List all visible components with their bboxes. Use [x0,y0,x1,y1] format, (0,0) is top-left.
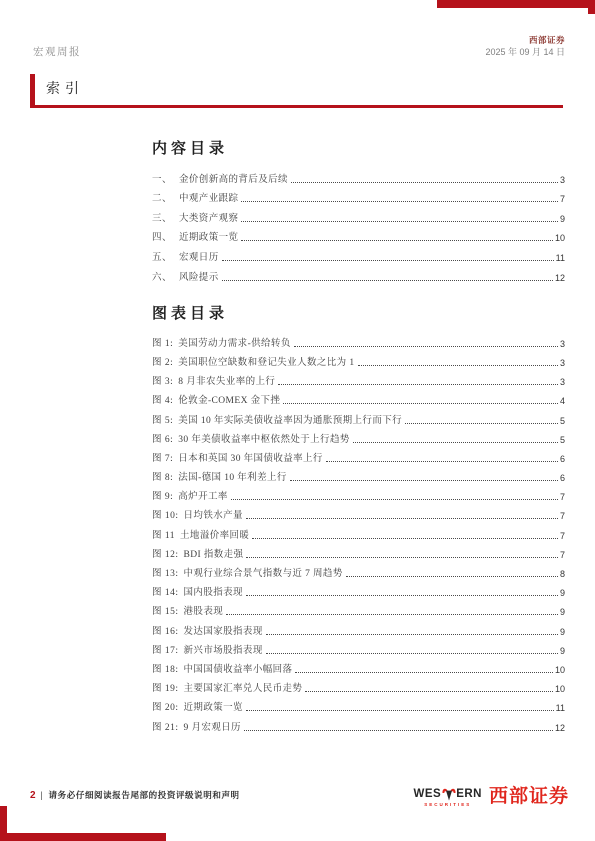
figure-entry-number: 图 18: [152,661,179,677]
toc-entry-number: 二、 [152,190,179,206]
western-securities-logo: WES ERN SECURITIES 西部证券 [414,787,570,807]
dotted-leader [252,538,558,539]
figure-entry-title: 发达国家股指表现 [184,623,263,639]
toc-entry-page: 7 [560,194,565,206]
dotted-leader [295,672,553,673]
figure-entry-number: 图 8: [152,469,173,485]
figure-entry-title: 伦敦金-COMEX 金下挫 [178,392,280,408]
figures-toc-entry: 图 11 土地溢价率回暖 7 [152,523,565,542]
toc-entry-page: 9 [560,214,565,226]
figure-entry-page: 3 [560,358,565,370]
figure-entry-number: 图 7: [152,450,173,466]
toc-entry-title: 宏观日历 [179,249,219,265]
figure-entry-page: 6 [560,473,565,485]
figure-entry-page: 10 [555,684,565,696]
dotted-leader [241,201,558,202]
dotted-leader [278,384,558,385]
figure-entry-page: 6 [560,454,565,466]
figure-entry-number: 图 21: [152,719,179,735]
figure-entry-page: 3 [560,339,565,351]
report-page: 宏观周报 西部证券 2025 年 09 月 14 日 索引 内容目录 一、 金价… [0,0,595,841]
dotted-leader [246,595,558,596]
dotted-leader [222,280,553,281]
figure-entry-title: 港股表现 [184,603,224,619]
brand-name: 西部证券 [485,35,565,46]
dotted-leader [291,182,558,183]
figures-toc-entry: 图 19: 主要国家汇率兑人民币走势 10 [152,677,565,696]
dotted-leader [346,576,558,577]
dotted-leader [241,240,553,241]
figure-entry-number: 图 16: [152,623,179,639]
contents-toc-entry: 六、 风险提示 12 [152,265,565,285]
dotted-leader [405,423,558,424]
contents-toc-entry: 二、 中观产业跟踪 7 [152,187,565,207]
index-section-title: 索引 [30,74,563,108]
report-type-label: 宏观周报 [33,44,81,59]
figure-entry-number: 图 13: [152,565,179,581]
toc-entry-number: 四、 [152,229,179,245]
toc-entry-title: 近期政策一览 [179,229,238,245]
report-date: 2025 年 09 月 14 日 [485,47,565,58]
figures-toc-entry: 图 2: 美国职位空缺数和登记失业人数之比为 1 3 [152,351,565,370]
logo-wordmark: WES ERN SECURITIES [414,787,482,807]
figure-entry-number: 图 5: [152,412,173,428]
toc-entry-number: 六、 [152,269,179,285]
top-right-red-bar-tick [588,8,595,14]
figure-entry-title: 8 月非农失业率的上行 [178,373,275,389]
contents-toc-entry: 四、 近期政策一览 10 [152,226,565,246]
figure-entry-page: 7 [560,550,565,562]
dotted-leader [283,403,558,404]
figure-entry-title: 高炉开工率 [178,488,228,504]
figure-entry-page: 9 [560,646,565,658]
toc-entry-page: 3 [560,175,565,187]
dotted-leader [246,710,554,711]
figure-entry-page: 10 [555,665,565,677]
toc-entry-page: 10 [555,233,565,245]
toc-column: 内容目录 一、 金价创新高的背后及后续 3 二、 中观产业跟踪 7 [152,137,565,735]
figure-entry-number: 图 3: [152,373,173,389]
footer-disclaimer-text: 请务必仔细阅读报告尾部的投资评级说明和声明 [49,789,240,801]
contents-toc-entry: 三、 大类资产观察 9 [152,206,565,226]
figures-toc-entry: 图 3: 8 月非农失业率的上行 3 [152,370,565,389]
figures-toc-entry: 图 13: 中观行业综合景气指数与近 7 周趋势 8 [152,562,565,581]
contents-toc-entry: 一、 金价创新高的背后及后续 3 [152,167,565,187]
figures-toc-entry: 图 16: 发达国家股指表现 9 [152,619,565,638]
bottom-left-red-bar-horizontal [0,833,166,841]
toc-entry-title: 中观产业跟踪 [179,190,238,206]
contents-toc-list: 一、 金价创新高的背后及后续 3 二、 中观产业跟踪 7 三、 大类资产观察 [152,167,565,285]
figure-entry-page: 7 [560,531,565,543]
figures-toc-entry: 图 18: 中国国债收益率小幅回落 10 [152,658,565,677]
figure-entry-number: 图 10: [152,507,179,523]
figure-entry-page: 3 [560,377,565,389]
logo-western-text: WES ERN [414,787,482,800]
toc-entry-number: 五、 [152,249,179,265]
figures-toc-entry: 图 15: 港股表现 9 [152,600,565,619]
figure-entry-number: 图 17: [152,642,179,658]
footer-disclaimer-line: 2 | 请务必仔细阅读报告尾部的投资评级说明和声明 [30,789,240,801]
toc-entry-number: 一、 [152,171,179,187]
dotted-leader [294,346,558,347]
figure-entry-page: 12 [555,723,565,735]
dotted-leader [244,730,553,731]
figures-toc-list: 图 1: 美国劳动力需求-供给转负 3 图 2: 美国职位空缺数和登记失业人数之… [152,332,565,735]
toc-entry-page: 12 [555,273,565,285]
figure-entry-title: 30 年美债收益率中枢依然处于上行趋势 [178,431,349,447]
dotted-leader [266,634,558,635]
figure-entry-title: 美国劳动力需求-供给转负 [178,335,290,351]
figure-entry-number: 图 1: [152,335,173,351]
figure-entry-page: 5 [560,416,565,428]
figures-toc-entry: 图 7: 日本和英国 30 年国债收益率上行 6 [152,447,565,466]
figure-entry-page: 7 [560,492,565,504]
figures-toc-entry: 图 8: 法国-德国 10 年利差上行 6 [152,466,565,485]
figure-entry-page: 4 [560,396,565,408]
figure-entry-number: 图 11 [152,527,175,543]
footer-divider: | [41,790,43,800]
figure-entry-number: 图 6: [152,431,173,447]
logo-text-suffix: ERN [456,789,482,801]
figure-entry-page: 7 [560,511,565,523]
dotted-leader [246,557,558,558]
figure-entry-number: 图 14: [152,584,179,600]
dotted-leader [241,221,558,222]
logo-chinese-name: 西部证券 [489,787,569,806]
figure-entry-number: 图 4: [152,392,173,408]
page-number: 2 [30,790,36,801]
top-right-red-bar [437,0,595,8]
figures-toc-entry: 图 4: 伦敦金-COMEX 金下挫 4 [152,389,565,408]
figure-entry-title: 美国职位空缺数和登记失业人数之比为 1 [178,354,354,370]
dotted-leader [326,461,558,462]
figures-toc-heading: 图表目录 [152,302,565,323]
figures-toc-entry: 图 10: 日均铁水产量 7 [152,504,565,523]
figure-entry-number: 图 9: [152,488,173,504]
header-right-block: 西部证券 2025 年 09 月 14 日 [485,35,565,58]
figures-toc-entry: 图 1: 美国劳动力需求-供给转负 3 [152,332,565,351]
figure-entry-title: 中观行业综合景气指数与近 7 周趋势 [184,565,343,581]
figure-entry-page: 9 [560,588,565,600]
toc-entry-page: 11 [556,253,565,265]
figure-entry-page: 5 [560,435,565,447]
figure-entry-number: 图 12: [152,546,179,562]
logo-text-prefix: WES [414,789,442,801]
toc-entry-number: 三、 [152,210,179,226]
figure-entry-title: 近期政策一览 [184,699,243,715]
dotted-leader [246,518,558,519]
figure-entry-number: 图 15: [152,603,179,619]
figures-toc-entry: 图 21: 9 月宏观日历 12 [152,715,565,734]
figure-entry-title: 新兴市场股指表现 [184,642,263,658]
figures-toc-entry: 图 6: 30 年美债收益率中枢依然处于上行趋势 5 [152,428,565,447]
figure-entry-title: 美国 10 年实际美债收益率因为通胀预期上行而下行 [178,412,402,428]
dotted-leader [266,653,558,654]
figure-entry-title: 土地溢价率回暖 [180,527,249,543]
figure-entry-number: 图 19: [152,680,179,696]
figure-entry-page: 9 [560,607,565,619]
figures-toc-entry: 图 9: 高炉开工率 7 [152,485,565,504]
dotted-leader [353,442,558,443]
figure-entry-title: 日本和英国 30 年国债收益率上行 [178,450,323,466]
figures-toc-entry: 图 17: 新兴市场股指表现 9 [152,639,565,658]
contents-toc-heading: 内容目录 [152,137,565,158]
toc-entry-title: 风险提示 [179,269,219,285]
toc-entry-title: 金价创新高的背后及后续 [179,171,288,187]
figure-entry-title: 主要国家汇率兑人民币走势 [184,680,303,696]
figure-entry-number: 图 2: [152,354,173,370]
toc-entry-title: 大类资产观察 [179,210,238,226]
figure-entry-page: 8 [560,569,565,581]
figure-entry-title: 9 月宏观日历 [184,719,241,735]
figures-toc-entry: 图 14: 国内股指表现 9 [152,581,565,600]
figure-entry-title: 中国国债收益率小幅回落 [184,661,293,677]
dotted-leader [222,260,554,261]
figure-entry-title: BDI 指数走强 [184,546,244,562]
dotted-leader [231,499,558,500]
dotted-leader [290,480,558,481]
figure-entry-number: 图 20: [152,699,179,715]
figures-toc-entry: 图 20: 近期政策一览 11 [152,696,565,715]
bull-head-icon [442,787,456,801]
logo-securities-text: SECURITIES [424,802,471,807]
figure-entry-title: 日均铁水产量 [184,507,243,523]
contents-toc-entry: 五、 宏观日历 11 [152,245,565,265]
figure-entry-title: 国内股指表现 [184,584,243,600]
figure-entry-title: 法国-德国 10 年利差上行 [178,469,287,485]
dotted-leader [226,614,558,615]
figure-entry-page: 9 [560,627,565,639]
figure-entry-page: 11 [556,703,565,715]
figures-toc-entry: 图 12: BDI 指数走强 7 [152,543,565,562]
dotted-leader [305,691,553,692]
figures-toc-entry: 图 5: 美国 10 年实际美债收益率因为通胀预期上行而下行 5 [152,408,565,427]
dotted-leader [358,365,558,366]
